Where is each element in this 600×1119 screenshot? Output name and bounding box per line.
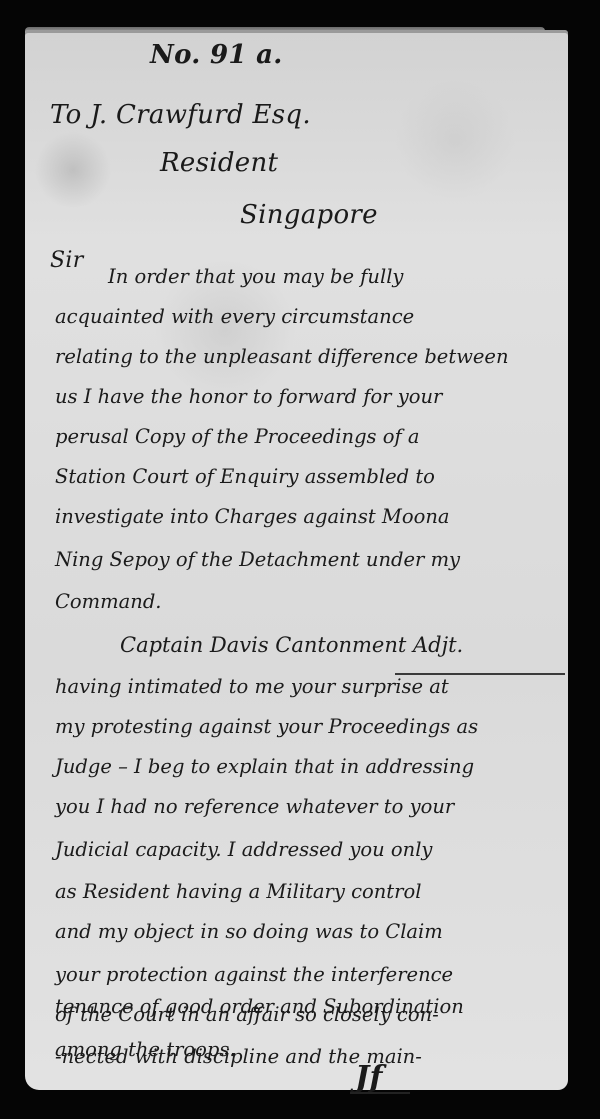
- document-number: No. 91 a.: [150, 40, 283, 70]
- body-line: having intimated to me your surprise at: [55, 675, 449, 698]
- body-line: perusal Copy of the Proceedings of a: [55, 425, 420, 448]
- body-line: Judicial capacity. I addressed you only: [55, 838, 432, 861]
- body-line: investigate into Charges against Moona: [55, 505, 450, 528]
- body-line: your protection against the interference: [55, 963, 453, 986]
- addressee: To J. Crawfurd Esq.: [50, 100, 311, 130]
- body-line: Ning Sepoy of the Detachment under my: [55, 548, 460, 571]
- body-line: us I have the honor to forward for your: [55, 385, 442, 408]
- body-line: my protesting against your Proceedings a…: [55, 715, 478, 738]
- body-line: Judge – I beg to explain that in address…: [55, 755, 474, 778]
- signature: Jf: [355, 1060, 383, 1095]
- body-line: as Resident having a Military control: [55, 880, 421, 903]
- salutation: Sir: [50, 248, 84, 273]
- signature-underline: [350, 1092, 410, 1094]
- location: Singapore: [240, 200, 378, 230]
- body-line: Command.: [55, 590, 162, 613]
- body-line: Captain Davis Cantonment Adjt.: [120, 633, 463, 657]
- body-line: among the troops.: [55, 1038, 236, 1061]
- body-line: acquainted with every circumstance: [55, 305, 414, 328]
- body-line: you I had no reference whatever to your: [55, 795, 454, 818]
- body-line: and my object in so doing was to Claim: [55, 920, 443, 943]
- body-line: relating to the unpleasant difference be…: [55, 345, 509, 368]
- body-line: In order that you may be fully: [108, 265, 403, 288]
- body-line: Station Court of Enquiry assembled to: [55, 465, 435, 488]
- body-line: tenance of good order and Subordination: [55, 995, 464, 1018]
- addressee-title: Resident: [160, 148, 278, 178]
